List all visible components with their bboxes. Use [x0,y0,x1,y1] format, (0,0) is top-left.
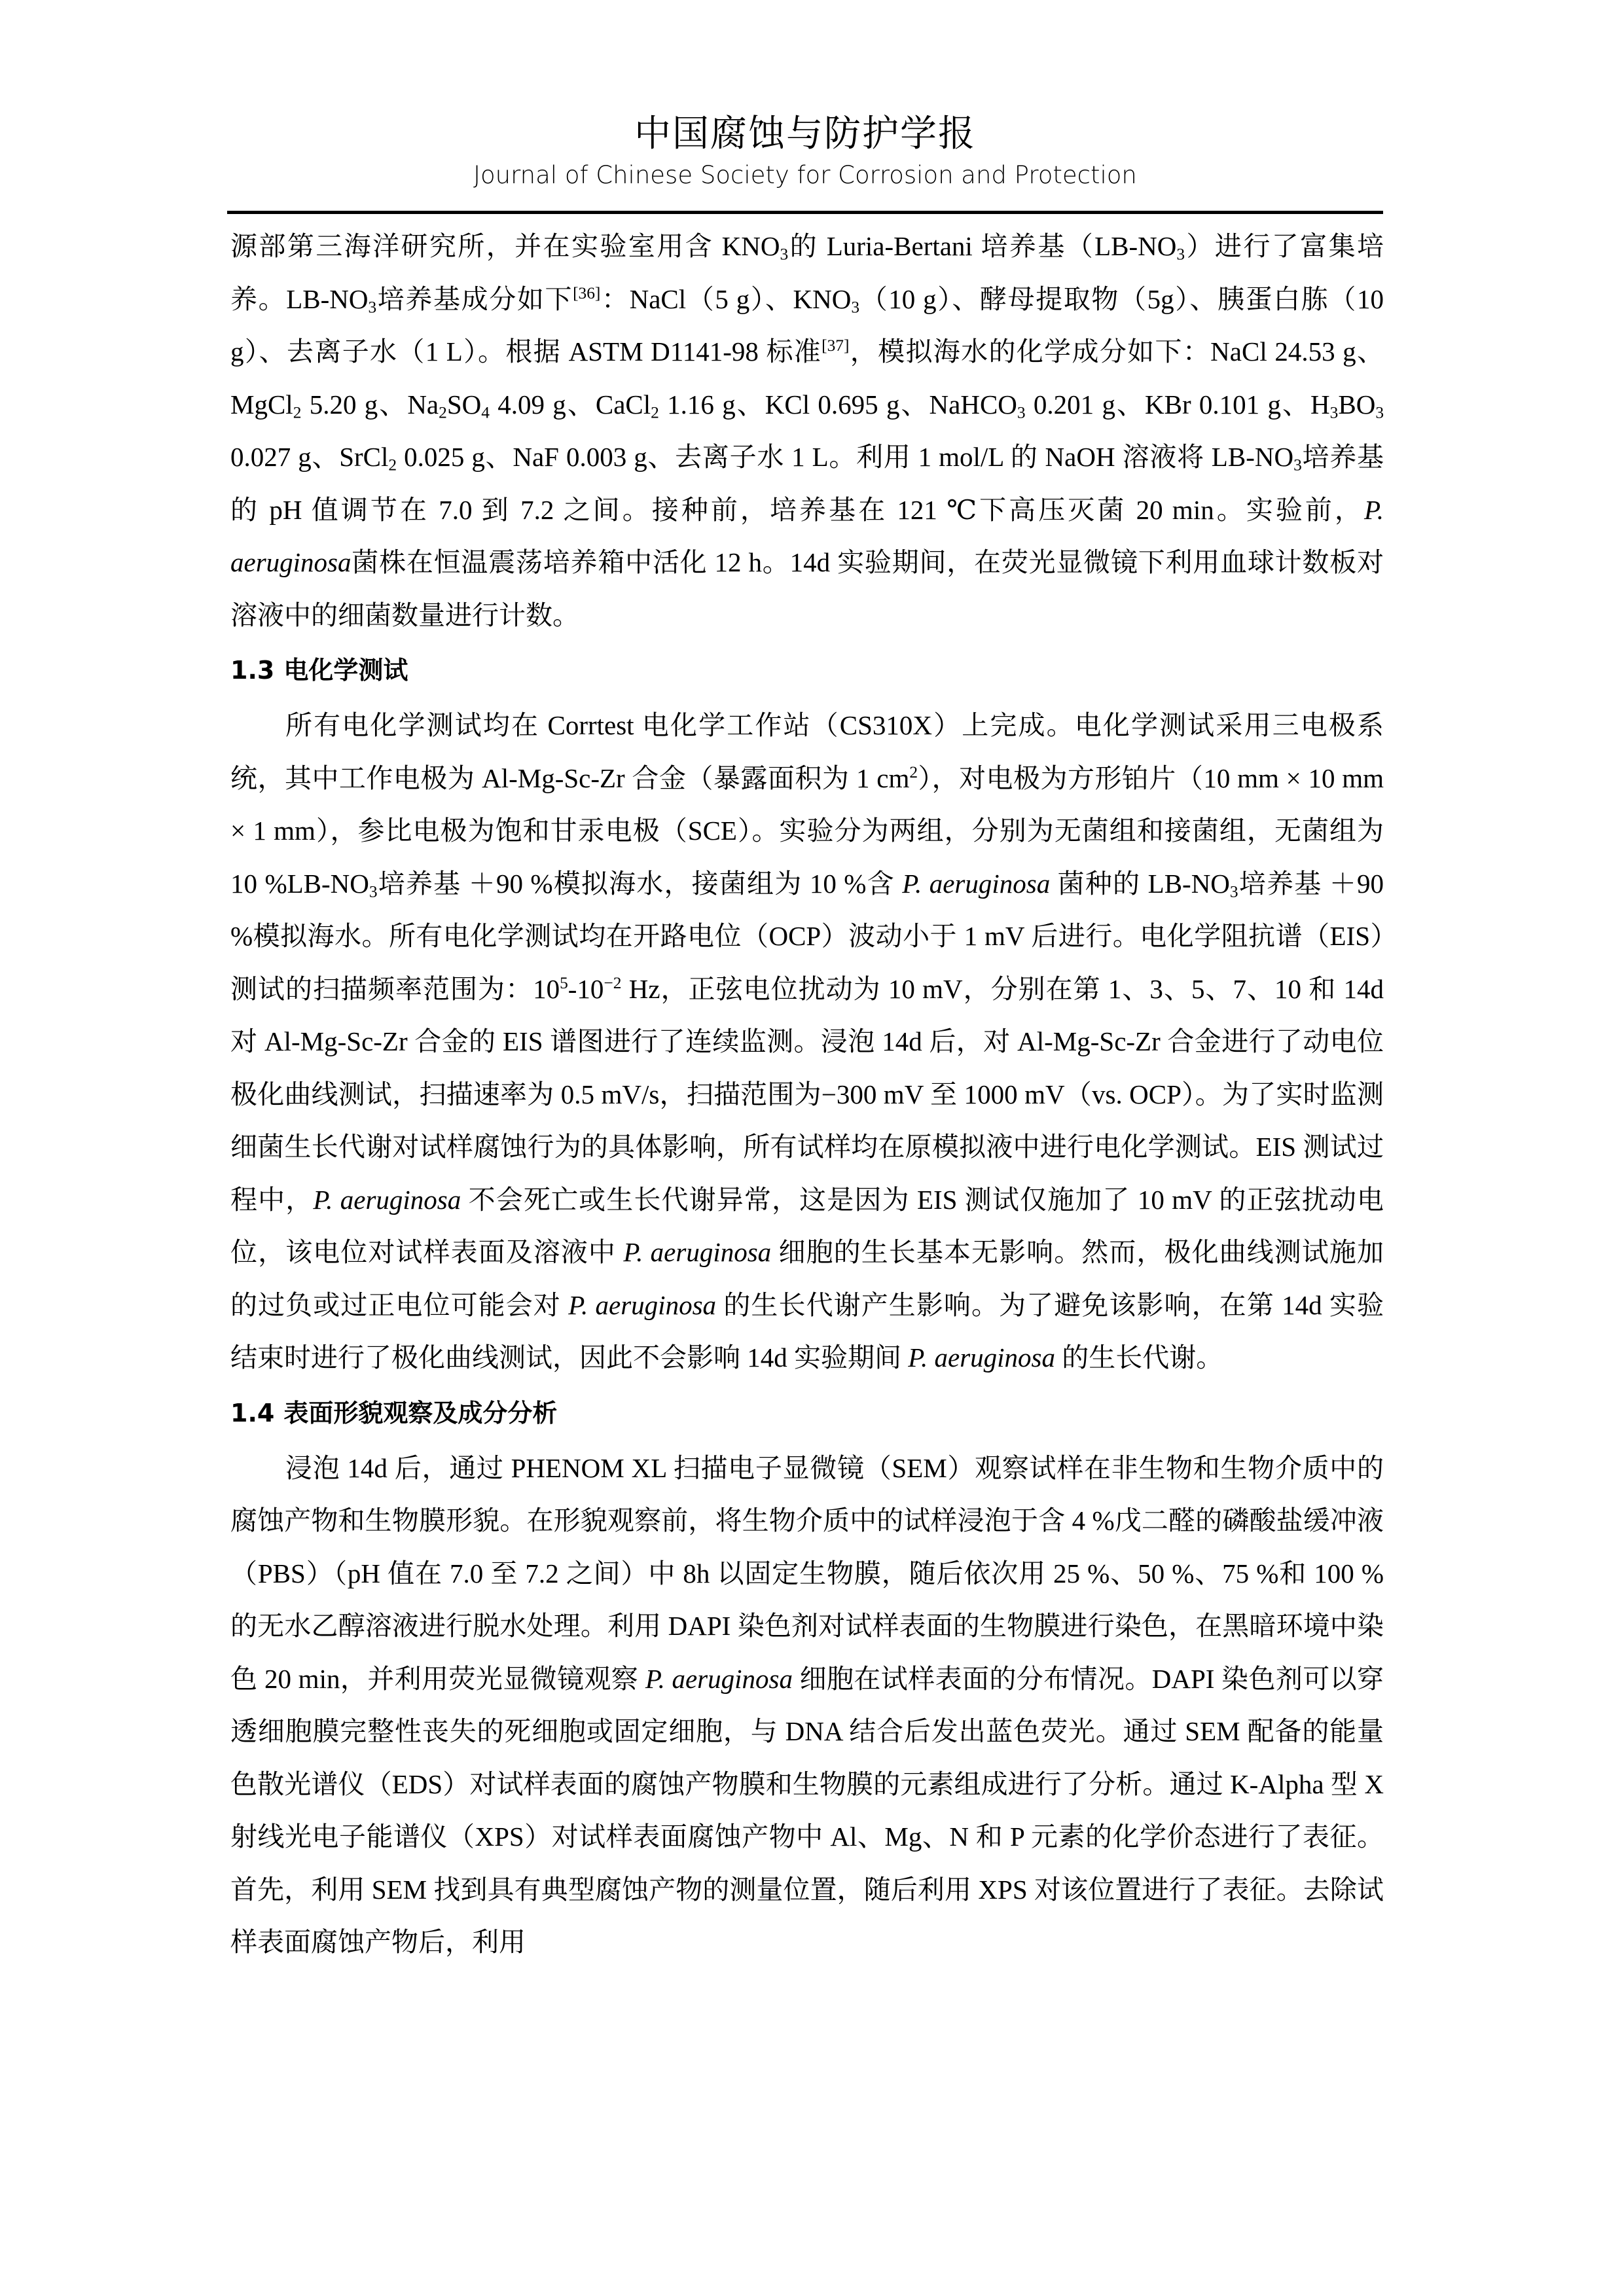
subscript: 3 [1176,245,1185,263]
subscript: 3 [369,882,378,901]
citation-ref-37[interactable]: [37] [821,336,849,355]
text-run: 培养基成分如下 [376,284,573,314]
species-name: P. aeruginosa [645,1664,793,1694]
text-run: 0.025 g、NaF 0.003 g、去离子水 1 L。利用 1 mol/L … [404,442,1293,472]
subscript: 3 [368,298,376,316]
subscript: 2 [651,403,659,422]
superscript: 5 [560,973,568,992]
text-run: 的 Luria-Bertani 培养基（LB-NO [788,231,1176,261]
subscript: 2 [439,403,447,422]
subscript: 3 [1330,403,1339,422]
subscript: 3 [1293,456,1302,474]
section-number: 1.4 [230,1399,274,1427]
species-name: P. aeruginosa [908,1342,1055,1372]
text-run: Hz，正弦电位扰动为 10 mV，分别在第 1、3、5、7、10 和 14d 对… [230,974,1384,1215]
subscript: 3 [1375,403,1384,422]
subscript: 3 [851,298,859,316]
text-run: 源部第三海洋研究所，并在实验室用含 KNO [230,231,780,261]
species-name: P. aeruginosa [568,1290,716,1320]
journal-title-cn: 中国腐蚀与防护学报 [227,111,1383,157]
citation-ref-36[interactable]: [36] [573,283,600,302]
subscript: 2 [293,403,302,422]
text-run: ：NaCl（5 g）、KNO [600,284,851,314]
section-title: 表面形貌观察及成分分析 [283,1399,557,1427]
paragraph-electrochemical-tests: 所有电化学测试均在 Corrtest 电化学工作站（CS310X）上完成。电化学… [230,699,1384,1384]
text-run: 细胞在试样表面的分布情况。DAPI 染色剂可以穿透细胞膜完整性丧失的死细胞或固定… [230,1664,1384,1958]
paragraph-surface-analysis: 浸泡 14d 后，通过 PHENOM XL 扫描电子显微镜（SEM）观察试样在非… [230,1442,1384,1969]
text-run: 菌株在恒温震荡培养箱中活化 12 h。14d 实验期间，在荧光显微镜下利用血球计… [230,547,1384,630]
running-head: 中国腐蚀与防护学报 Journal of Chinese Society for… [227,111,1383,194]
body-text: 源部第三海洋研究所，并在实验室用含 KNO3的 Luria-Bertani 培养… [230,220,1384,1969]
section-heading-1-4: 1.4表面形貌观察及成分分析 [230,1386,1384,1441]
text-run: 菌种的 LB-NO [1050,869,1230,899]
subscript: 3 [1230,882,1238,901]
journal-title-en: Journal of Chinese Society for Corrosion… [227,157,1383,194]
text-run: 的生长代谢。 [1055,1342,1223,1372]
paragraph-culture-medium: 源部第三海洋研究所，并在实验室用含 KNO3的 Luria-Bertani 培养… [230,220,1384,641]
subscript: 2 [388,456,397,474]
text-run: 培养基 ＋90 %模拟海水，接菌组为 10 %含 [378,869,903,899]
text-run: BO [1338,389,1375,420]
text-run: -10 [568,974,604,1004]
species-name: P. aeruginosa [623,1237,771,1267]
subscript: 4 [481,403,490,422]
text-run: SO [447,389,481,420]
text-run: 4.09 g、CaCl [497,389,651,420]
subscript: 3 [1017,403,1026,422]
section-heading-1-3: 1.3电化学测试 [230,643,1384,698]
section-number: 1.3 [230,656,274,685]
text-run: 0.027 g、SrCl [230,442,388,472]
species-name: P. aeruginosa [902,869,1050,899]
superscript: 2 [909,762,918,781]
section-title: 电化学测试 [283,656,408,685]
superscript: −2 [604,973,621,992]
text-run: 1.16 g、KCl 0.695 g、NaHCO [667,389,1017,420]
species-name: P. aeruginosa [313,1185,461,1215]
text-run: 浸泡 14d 后，通过 PHENOM XL 扫描电子显微镜（SEM）观察试样在非… [230,1453,1384,1694]
text-run: 0.201 g、KBr 0.101 g、H [1034,389,1330,420]
header-rule [227,211,1383,214]
text-run: 5.20 g、Na [310,389,439,420]
subscript: 3 [780,245,789,263]
